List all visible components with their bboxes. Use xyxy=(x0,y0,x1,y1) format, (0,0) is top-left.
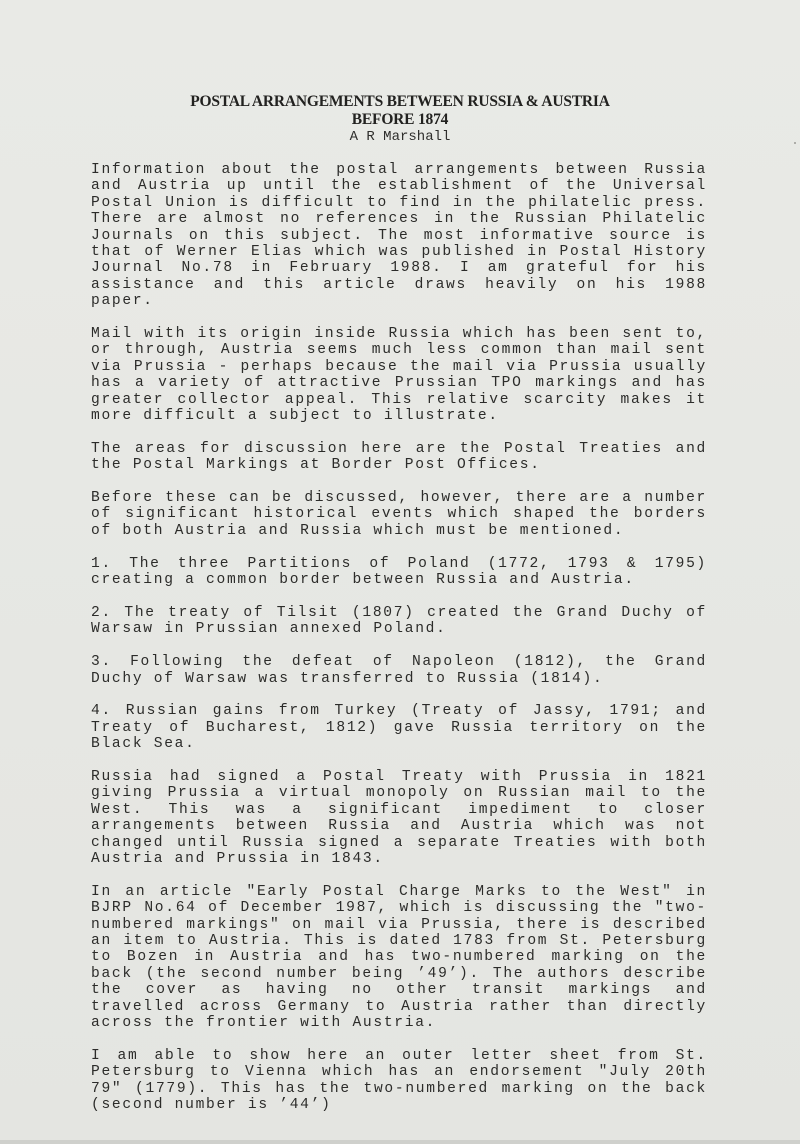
article-header: POSTAL ARRANGEMENTS BETWEEN RUSSIA & AUS… xyxy=(0,93,800,146)
page-bottom-edge xyxy=(0,1140,800,1144)
paragraph-postal-treaty: Russia had signed a Postal Treaty with P… xyxy=(91,769,707,867)
list-item-1: 1. The three Partitions of Poland (1772,… xyxy=(91,556,707,589)
article-title-line-2: BEFORE 1874 xyxy=(0,111,800,129)
list-item-3: 3. Following the defeat of Napoleon (181… xyxy=(91,654,707,687)
article-body: Information about the postal arrangement… xyxy=(91,162,707,1130)
article-title-line-1: POSTAL ARRANGEMENTS BETWEEN RUSSIA & AUS… xyxy=(0,93,800,111)
paragraph-discussion-areas: The areas for discussion here are the Po… xyxy=(91,441,707,474)
document-page: POSTAL ARRANGEMENTS BETWEEN RUSSIA & AUS… xyxy=(0,0,800,1144)
paragraph-letter-sheet: I am able to show here an outer letter s… xyxy=(91,1048,707,1114)
paragraph-historical-events: Before these can be discussed, however, … xyxy=(91,490,707,539)
list-item-4: 4. Russian gains from Turkey (Treaty of … xyxy=(91,703,707,752)
list-item-2: 2. The treaty of Tilsit (1807) created t… xyxy=(91,605,707,638)
article-author: A R Marshall xyxy=(0,129,800,146)
paragraph-introduction: Information about the postal arrangement… xyxy=(91,162,707,310)
scan-speck xyxy=(794,142,796,144)
paragraph-bjrp-article: In an article "Early Postal Charge Marks… xyxy=(91,884,707,1032)
paragraph-mail-origin: Mail with its origin inside Russia which… xyxy=(91,326,707,424)
